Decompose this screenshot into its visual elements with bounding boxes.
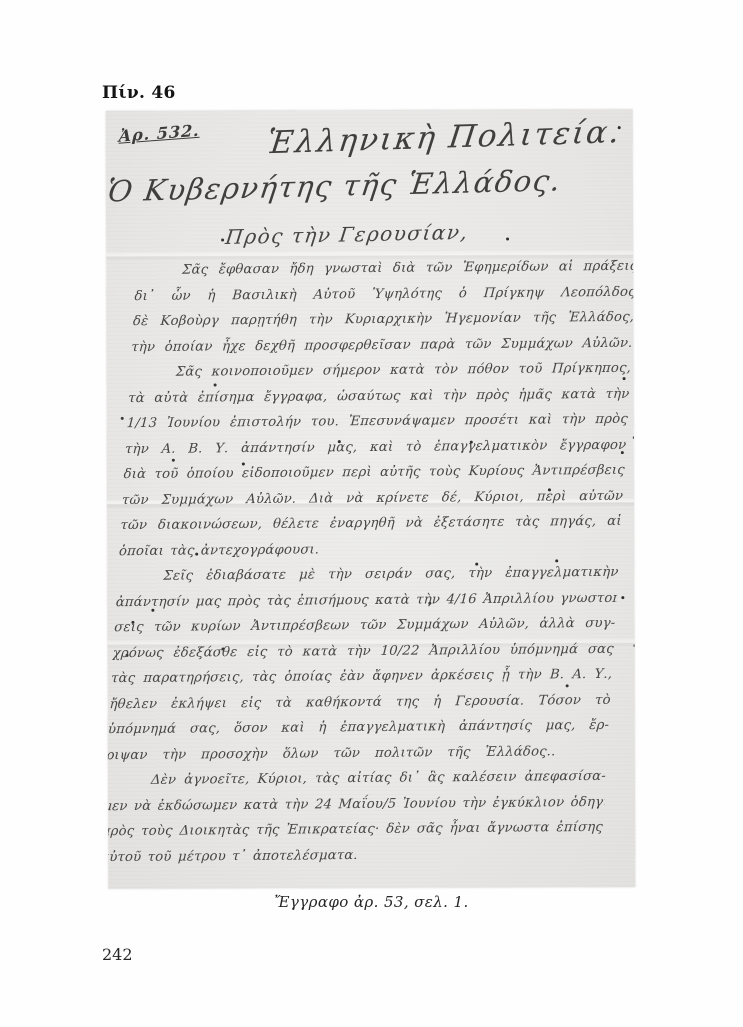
manuscript-line: Δὲν ἀγνοεῖτε, Κύριοι, τὰς αἰτίας δι᾽ ἃς …	[106, 764, 607, 794]
figure-caption: Ἔγγραφο ἀρ. 53, σελ. 1.	[0, 893, 743, 911]
manuscript-line: Σεῖς ἐδιαβάσατε μὲ τὴν σειράν σας, τὴν ἐ…	[117, 560, 620, 590]
ink-specks	[106, 111, 109, 114]
manuscript-line: τῶν διακοινώσεων, θέλετε ἐναργηθῆ νὰ ἐξε…	[120, 509, 623, 539]
plate-label: Πίν. 46	[102, 83, 176, 103]
manuscript-line: Σᾶς κοινοποιοῦμεν σήμερον κατὰ τὸν πόθον…	[129, 356, 632, 386]
manuscript-scan: Ἀρ. 532. Ἑλληνικὴ Πολιτεία. Ὁ Κυβερνήτης…	[106, 109, 636, 889]
manuscript-line: πρὸς τοὺς Διοικητὰς τῆς Ἐπικρατείας· δὲν…	[106, 815, 604, 845]
manuscript-line: αὐτοῦ τοῦ μέτρου τ᾽ ἀποτελέσματα.	[106, 840, 602, 870]
manuscript-line: διὰ τοῦ ὁποίου εἰδοποιοῦμεν περὶ αὐτῆς τ…	[123, 458, 626, 488]
book-page: Πίν. 46 Ἀρ. 532. Ἑλληνικὴ Πολιτεία. Ὁ Κυ…	[0, 0, 743, 1027]
manuscript-heading-addressee: Πρὸς τὴν Γερουσίαν,	[106, 216, 635, 251]
page-number: 242	[102, 945, 133, 964]
manuscript-body: Σᾶς ἔφθασαν ἤδη γνωσταὶ διὰ τῶν Ἐφημερίδ…	[106, 254, 636, 870]
manuscript-line: τὰς παρατηρήσεις, τὰς ὁποίας ἐὰν ἄφηνεν …	[110, 662, 613, 692]
manuscript-line: 1/13 Ἰουνίου ἐπιστολήν του. Ἐπεσυνάψαμεν…	[126, 407, 629, 437]
manuscript-line: δὲ Κοβοὺργ παρῃτήθη τὴν Κυριαρχικὴν Ἡγεμ…	[132, 305, 635, 335]
manuscript-line: Σᾶς ἔφθασαν ἤδη γνωσταὶ διὰ τῶν Ἐφημερίδ…	[135, 254, 635, 284]
manuscript-line: σεις τῶν κυρίων Ἀντιπρέσβεων τῶν Συμμάχω…	[113, 611, 616, 641]
manuscript-heading-governor: Ὁ Κυβερνήτης τῆς Ἑλλάδος.	[106, 162, 635, 209]
manuscript-line: ὑπόμνημά σας, ὅσον καὶ ἡ ἐπαγγελματικὴ ἀ…	[107, 713, 610, 743]
